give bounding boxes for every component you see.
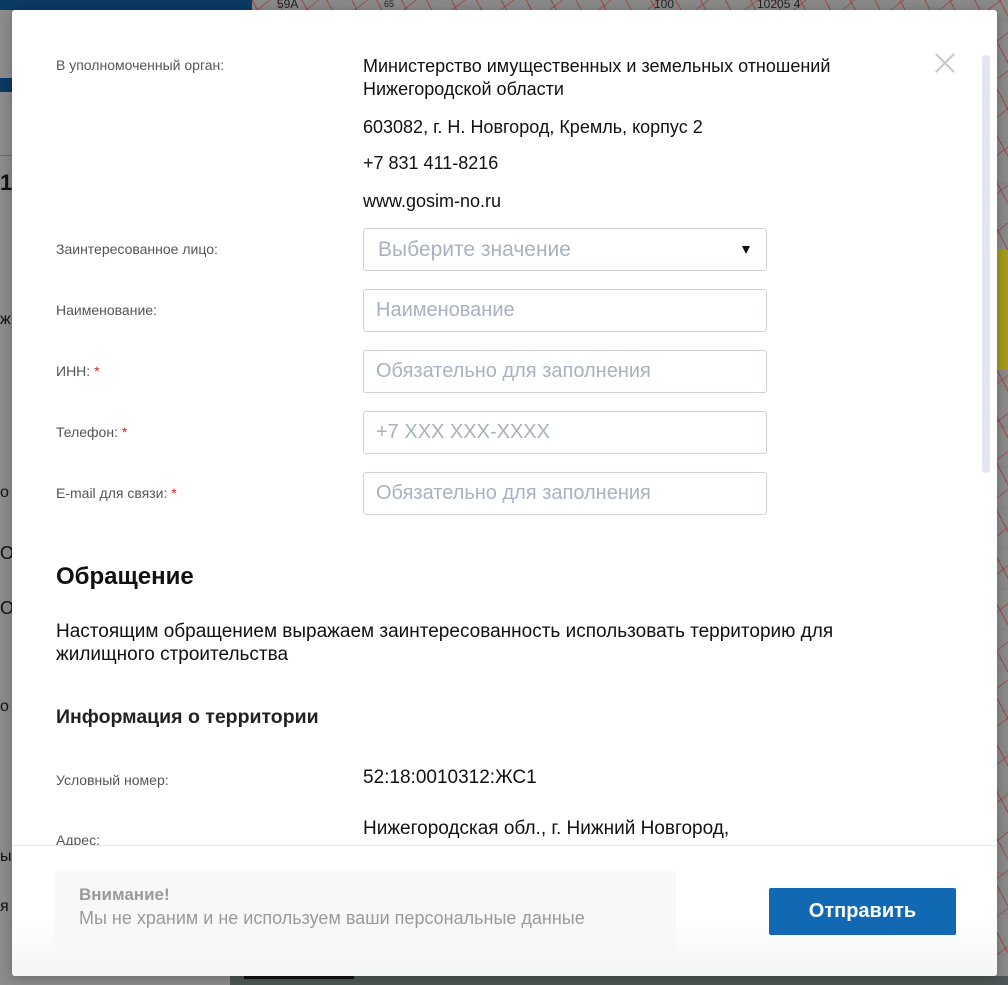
appeal-heading: Обращение xyxy=(56,563,194,591)
modal-scroll-content: В уполномоченный орган: Министерство иму… xyxy=(12,10,997,845)
background-text-fragment: О xyxy=(0,598,12,619)
email-label-text: E-mail для связи: xyxy=(56,485,167,501)
notice-title: Внимание! xyxy=(79,884,652,906)
email-label: E-mail для связи: * xyxy=(56,485,177,501)
background-text-fragment: ы xyxy=(0,848,12,866)
submit-button[interactable]: Отправить xyxy=(769,888,956,935)
authority-address: 603082, г. Н. Новгород, Кремль, корпус 2 xyxy=(363,116,703,139)
territory-field-label: Адрес: xyxy=(56,832,100,845)
required-mark: * xyxy=(171,485,176,501)
inn-label: ИНН: * xyxy=(56,363,100,379)
email-input[interactable] xyxy=(363,472,767,515)
background-text-fragment: о xyxy=(0,698,12,716)
background-header xyxy=(0,0,252,10)
authority-name: Министерство имущественных и земельных о… xyxy=(363,55,923,101)
background-map-area xyxy=(997,250,1008,370)
map-label: 65 xyxy=(384,0,394,9)
background-sidebar-tab xyxy=(0,78,12,92)
inn-label-text: ИНН: xyxy=(56,363,90,379)
appeal-modal: В уполномоченный орган: Министерство иму… xyxy=(12,10,997,976)
privacy-notice: Внимание! Мы не храним и не используем в… xyxy=(55,871,676,951)
phone-label-text: Телефон: xyxy=(56,424,118,440)
background-divider xyxy=(0,155,12,156)
background-text-fragment: 1 xyxy=(0,170,12,196)
background-text-fragment: о xyxy=(0,484,12,502)
dropdown-arrow-icon xyxy=(742,246,750,254)
background-text-fragment: О xyxy=(0,543,12,564)
name-input[interactable] xyxy=(363,289,767,332)
close-icon[interactable] xyxy=(934,52,956,74)
interested-party-label: Заинтересованное лицо: xyxy=(56,241,218,257)
interested-party-select[interactable]: Выберите значение xyxy=(363,228,767,271)
territory-heading: Информация о территории xyxy=(56,706,319,729)
territory-field-value: 52:18:0010312:ЖС1 xyxy=(363,766,537,789)
required-mark: * xyxy=(122,424,127,440)
background-text-fragment: я xyxy=(0,898,12,916)
authority-website: www.gosim-no.ru xyxy=(363,190,501,213)
phone-input[interactable] xyxy=(363,411,767,454)
appeal-text: Настоящим обращением выражаем заинтересо… xyxy=(56,620,856,666)
name-label: Наименование: xyxy=(56,302,157,318)
modal-footer: Внимание! Мы не храним и не используем в… xyxy=(12,846,997,976)
territory-field-label: Условный номер: xyxy=(56,772,169,788)
background-bottom-element xyxy=(244,976,354,979)
notice-text: Мы не храним и не используем ваши персон… xyxy=(79,906,652,930)
scrollbar-thumb[interactable] xyxy=(982,55,990,473)
scrollbar[interactable] xyxy=(982,50,992,840)
background-text-fragment: ж xyxy=(0,311,12,329)
phone-label: Телефон: * xyxy=(56,424,127,440)
required-mark: * xyxy=(94,363,99,379)
inn-input[interactable] xyxy=(363,350,767,393)
territory-field-value: Нижегородская обл., г. Нижний Новгород, xyxy=(363,817,729,840)
interested-party-placeholder: Выберите значение xyxy=(378,238,742,262)
authority-label: В уполномоченный орган: xyxy=(56,57,224,73)
authority-phone: +7 831 411-8216 xyxy=(363,152,498,175)
